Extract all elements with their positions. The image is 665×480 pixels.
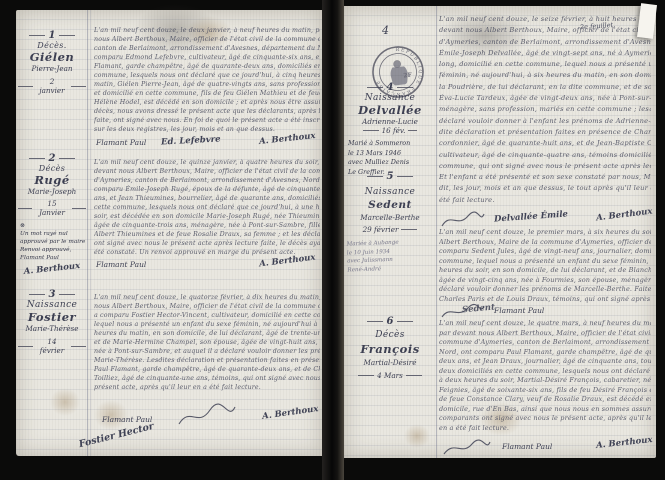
signature: Ed. Lefebvre bbox=[161, 134, 221, 147]
rule-dash bbox=[367, 321, 383, 322]
entry-date: 29 février bbox=[346, 225, 434, 234]
binding-gutter bbox=[322, 0, 344, 480]
entry-number: 2 bbox=[18, 153, 86, 164]
rule-dash bbox=[397, 176, 413, 177]
entry-number: 3 bbox=[18, 289, 86, 300]
marriage-mention-stamped: Mariée à Aubangele 10 Juin 1934avec Juli… bbox=[345, 237, 434, 274]
signature: A. Berthoux bbox=[596, 435, 653, 451]
renvoi-note-lines: Un mot rayé nulapprouvé par le maireRenv… bbox=[20, 230, 86, 262]
entry-date: 2 janvier bbox=[18, 77, 86, 95]
act-1-text: L'an mil neuf cent douze, le deux janvie… bbox=[94, 26, 320, 134]
entry-category: Décès bbox=[18, 164, 86, 173]
margin-rule bbox=[436, 6, 437, 458]
rule-dash bbox=[29, 294, 45, 295]
entry-given-names: Adrienne-Lucie bbox=[346, 117, 434, 126]
rule-dash bbox=[363, 130, 379, 131]
signature: Delvallée Émile bbox=[494, 209, 569, 224]
entry-date: 15 Janvier bbox=[18, 199, 86, 217]
entry-date: 4 Mars bbox=[346, 371, 434, 380]
signature: Flamant Paul bbox=[494, 306, 544, 315]
ink-stain bbox=[404, 424, 430, 448]
entry-category: Naissance bbox=[346, 187, 434, 197]
signature: A. Berthoux bbox=[596, 207, 653, 224]
margin-entry-3: 3 Naissance Fostier Marie-Thérèse 14 fév… bbox=[18, 289, 86, 355]
margin-entry-5: 5 Naissance Sedent Marcelle-Berthe 29 fé… bbox=[346, 171, 434, 273]
signature-flourish bbox=[440, 210, 486, 230]
rule-dash bbox=[406, 375, 422, 376]
rule-dash bbox=[18, 346, 33, 347]
stamp-value: 2F bbox=[403, 72, 413, 80]
act-3-text: L'an mil neuf cent douze, le quatorze fé… bbox=[94, 293, 320, 392]
entry-surname: Giélen bbox=[18, 50, 86, 64]
act-5-text: L'an mil neuf cent douze, le premier mar… bbox=[439, 228, 651, 304]
margin-entry-6: 6 Décès François Martial-Désiré 4 Mars bbox=[346, 316, 434, 380]
margin-entry-4: 4 Naissance Delvallée Adrienne-Lucie 16 … bbox=[346, 82, 434, 177]
signature: Flamant Paul bbox=[96, 138, 146, 147]
rule-dash bbox=[29, 158, 45, 159]
entry-surname: Fostier bbox=[18, 310, 86, 324]
entry-given-names: Marie-Joseph bbox=[18, 187, 86, 196]
margin-rule bbox=[87, 10, 88, 456]
signature-flourish bbox=[442, 438, 492, 458]
act-6-text: L'an mil neuf cent douze, le quatre mars… bbox=[439, 319, 651, 433]
signature: A. Berthoux bbox=[262, 404, 319, 422]
rule-dash bbox=[71, 86, 86, 87]
margin-entry-2: 2 Décès Rugé Marie-Joseph 15 Janvier ⊗ U… bbox=[18, 153, 86, 274]
entry-number: 1 bbox=[18, 30, 86, 41]
signature: Sedent bbox=[462, 303, 496, 316]
entry-surname: Sedent bbox=[346, 199, 434, 211]
left-page: 1 Décès. Giélen Pierre-Jean 2 janvier 2 … bbox=[16, 10, 322, 456]
rule-dash bbox=[397, 321, 413, 322]
rule-dash bbox=[18, 86, 33, 87]
signature-flourish bbox=[176, 402, 238, 430]
entry-given-names: Pierre-Jean bbox=[18, 64, 86, 73]
entry-number: 6 bbox=[346, 316, 434, 327]
ink-stain bbox=[50, 388, 80, 416]
entry-surname: Delvallée bbox=[346, 103, 434, 117]
entry-given-names: Marcelle-Berthe bbox=[346, 213, 434, 222]
rule-dash bbox=[401, 229, 417, 230]
rule-dash bbox=[397, 87, 413, 88]
rule-dash bbox=[358, 375, 374, 376]
rule-dash bbox=[59, 294, 75, 295]
rule-dash bbox=[408, 130, 417, 131]
entry-category: Décès bbox=[346, 330, 434, 340]
rule-dash bbox=[367, 176, 383, 177]
signature: Flamant Paul bbox=[502, 442, 552, 451]
entry-category: Décès. bbox=[18, 41, 86, 50]
entry-given-names: Marie-Thérèse bbox=[18, 324, 86, 333]
entry-given-names: Martial-Désiré bbox=[346, 358, 434, 367]
folio-number: 4 bbox=[382, 24, 389, 37]
entry-category: Naissance bbox=[18, 300, 86, 310]
rule-dash bbox=[367, 87, 383, 88]
signature: Flamant Paul bbox=[96, 260, 146, 269]
right-page: 4 2e feuillet. RÉPUBLIQUE FRANÇAISE 2F 4… bbox=[344, 6, 656, 458]
entry-number: 5 bbox=[346, 171, 434, 182]
margin-note-signature: A. Berthoux bbox=[18, 260, 87, 277]
rule-dash bbox=[71, 346, 86, 347]
margin-entry-1: 1 Décès. Giélen Pierre-Jean 2 janvier bbox=[18, 30, 86, 95]
entry-surname: Rugé bbox=[18, 173, 86, 187]
rule-dash bbox=[29, 35, 45, 36]
rule-dash bbox=[18, 208, 32, 209]
margin-renvoi-note: ⊗ Un mot rayé nulapprouvé par le maireRe… bbox=[18, 222, 86, 262]
entry-date: 14 février bbox=[18, 337, 86, 355]
act-2-text: L'an mil neuf cent douze, le quinze janv… bbox=[94, 158, 320, 257]
rule-dash bbox=[59, 35, 75, 36]
rule-dash bbox=[72, 208, 86, 209]
entry-surname: François bbox=[346, 342, 434, 356]
rule-dash bbox=[59, 158, 75, 159]
entry-number: 4 bbox=[346, 82, 434, 93]
margin-rule-2 bbox=[90, 10, 91, 456]
register-scan: 1 Décès. Giélen Pierre-Jean 2 janvier 2 … bbox=[0, 0, 665, 480]
act-4-text: L'an mil neuf cent douze, le seize févri… bbox=[439, 14, 651, 206]
renvoi-mark: ⊗ bbox=[20, 223, 25, 229]
entry-category: Naissance bbox=[346, 93, 434, 103]
entry-date: 16 fév. bbox=[346, 126, 434, 135]
